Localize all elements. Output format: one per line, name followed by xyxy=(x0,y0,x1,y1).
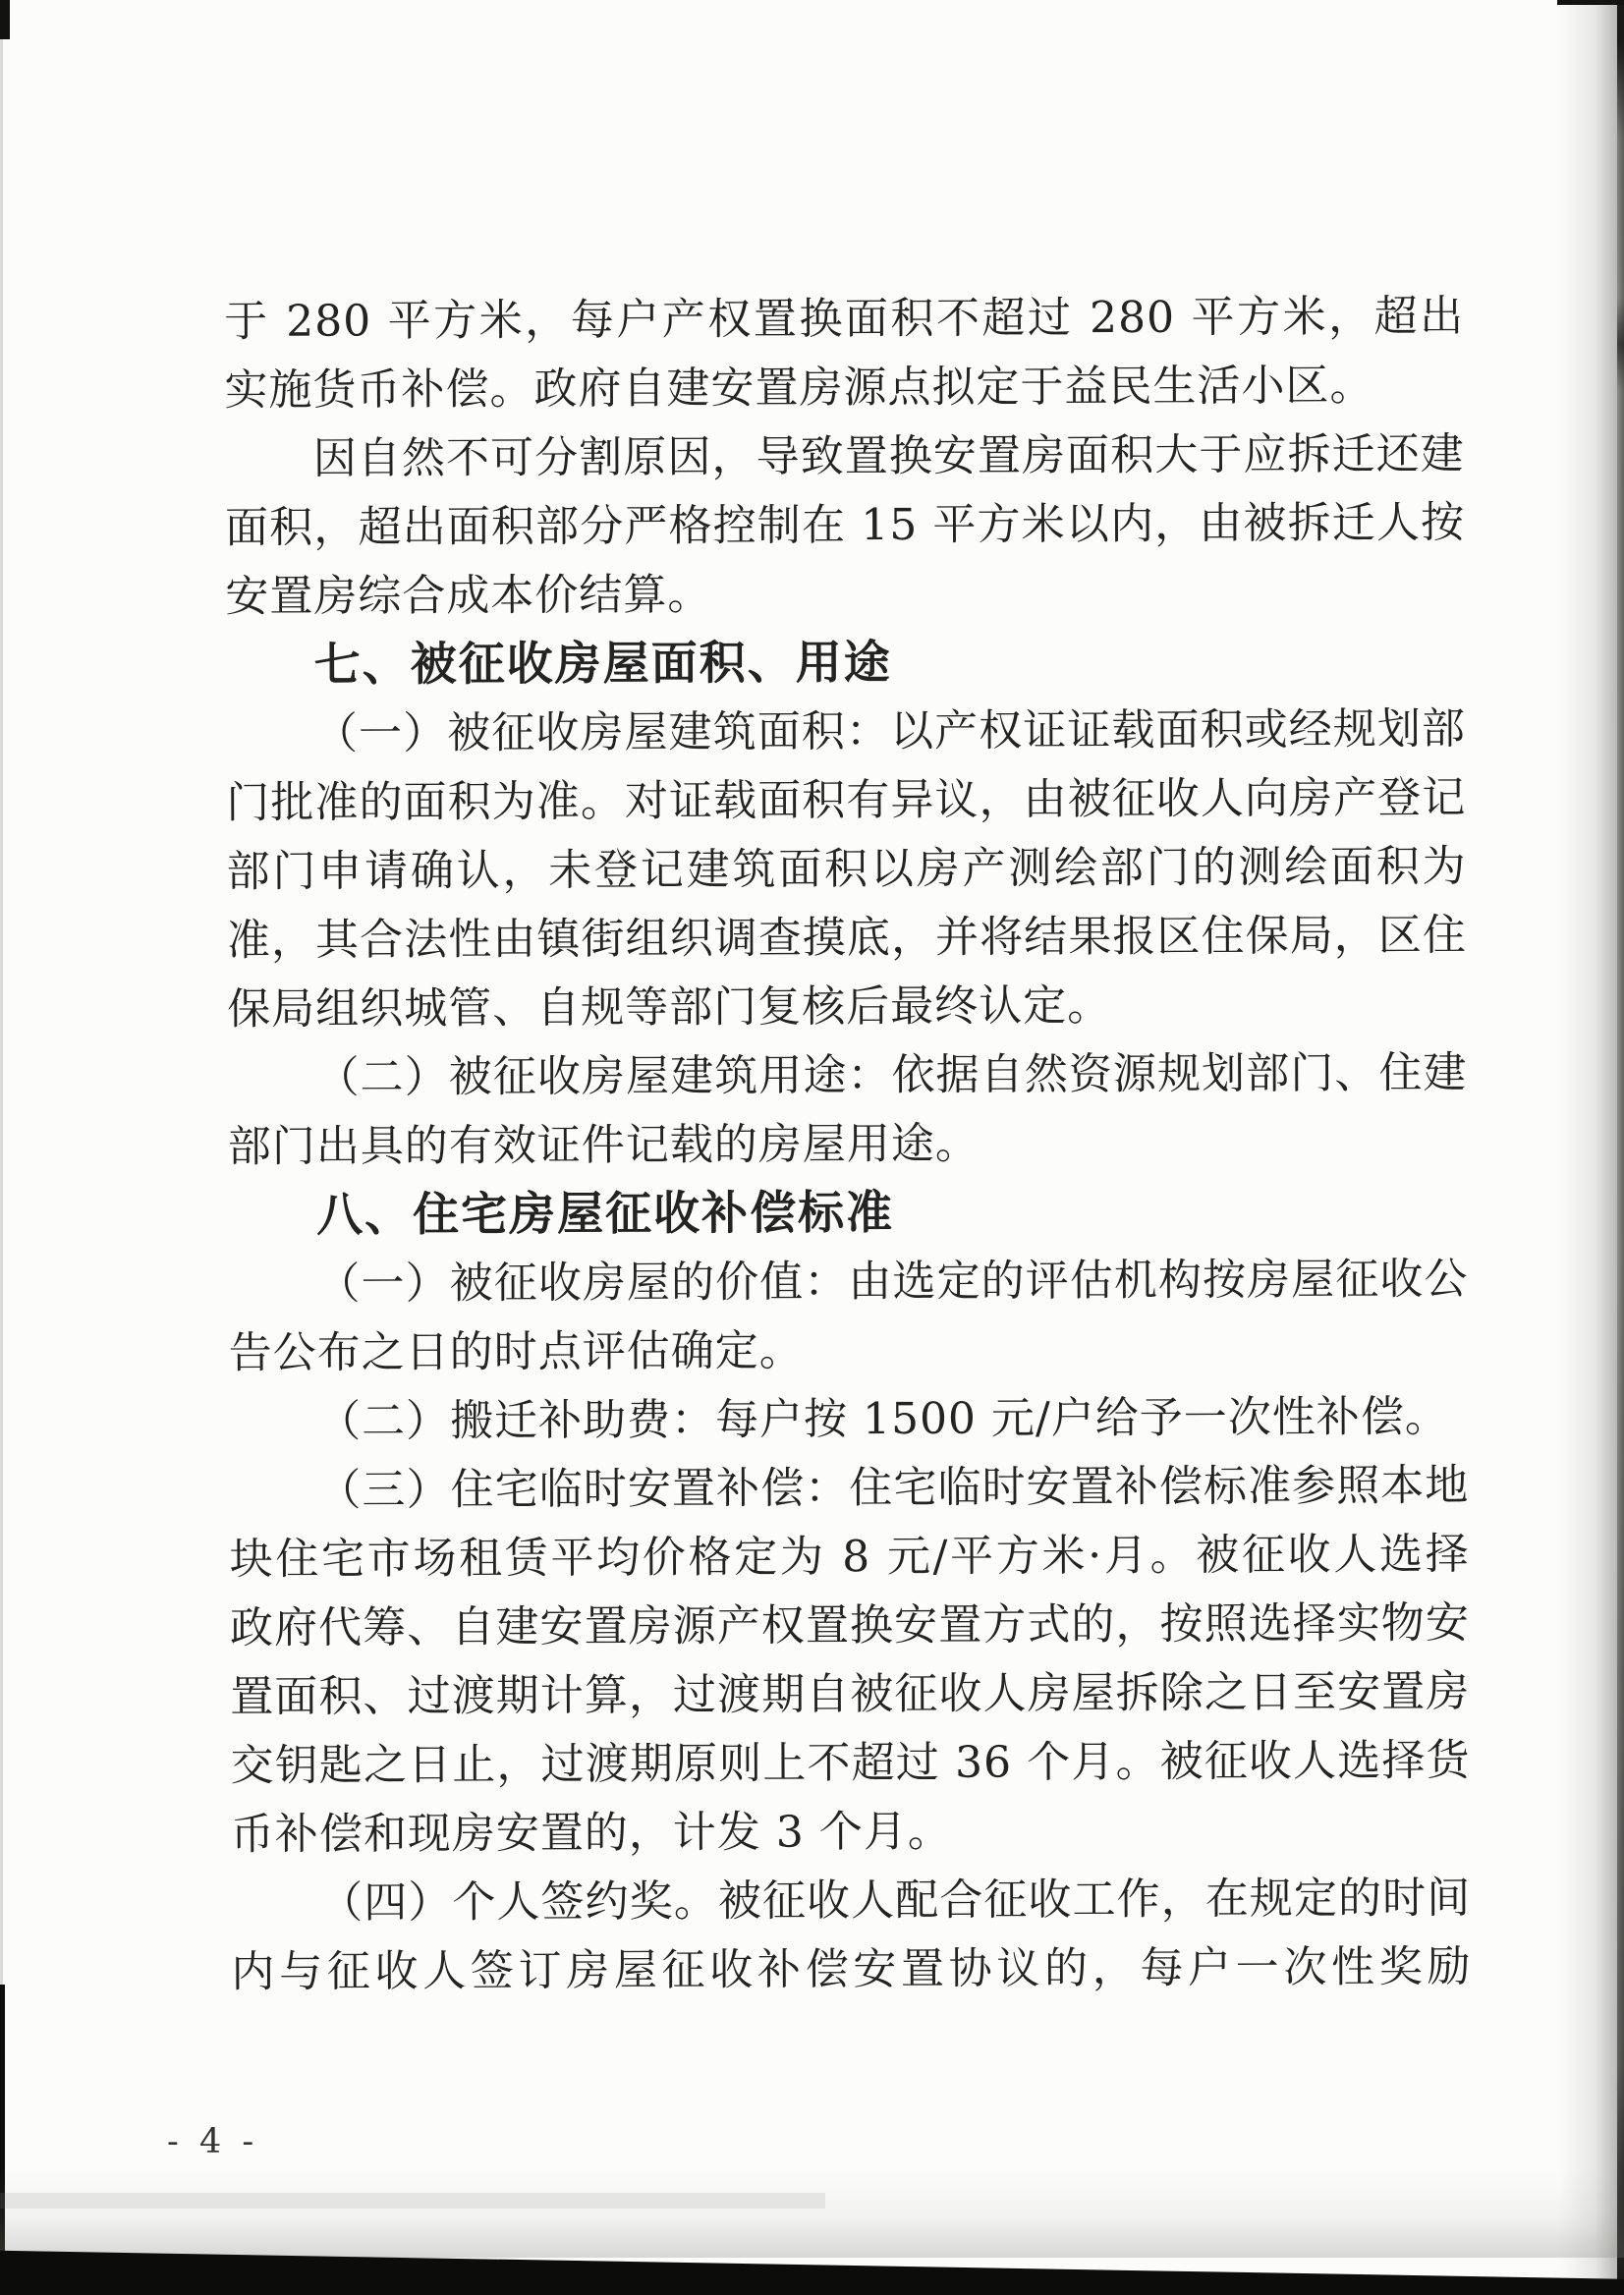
page-number: - 4 - xyxy=(167,2122,258,2161)
text-line: 安置房综合成本价结算。 xyxy=(225,557,1465,632)
scan-right-edge-line xyxy=(1617,0,1624,2295)
text-line: 实施货币补偿。政府自建安置房源点拟定于益民生活小区。 xyxy=(224,351,1464,425)
text-line: 置面积、过渡期计算，过渡期自被征收人房屋拆除之日至安置房 xyxy=(230,1657,1470,1732)
text-line: 面积，超出面积部分严格控制在 15 平方米以内，由被拆迁人按 xyxy=(225,488,1465,563)
text-line: 门批准的面积为准。对证载面积有异议，由被征收人向房产登记 xyxy=(226,763,1466,838)
text-line: 内与征收人签订房屋征收补偿安置协议的，每户一次性奖励 xyxy=(231,1932,1471,2007)
text-line: 保局组织城管、自规等部门复核后最终认定。 xyxy=(227,970,1467,1044)
text-line: （二）被征收房屋建筑用途：依据自然资源规划部门、住建 xyxy=(227,1038,1467,1113)
text-line: （一）被征收房屋建筑面积：以产权证证载面积或经规划部 xyxy=(226,695,1466,769)
text-line: （二）搬迁补助费：每户按 1500 元/户给予一次性补偿。 xyxy=(229,1382,1469,1457)
text-line: （一）被征收房屋的价值：由选定的评估机构按房屋征收公 xyxy=(228,1245,1468,1319)
text-line: 部门申请确认，未登记建筑面积以房产测绘部门的测绘面积为 xyxy=(226,832,1466,907)
text-line: （三）住宅临时安置补偿：住宅临时安置补偿标准参照本地 xyxy=(229,1451,1469,1526)
text-line: 块住宅市场租赁平均价格定为 8 元/平方米·月。被征收人选择 xyxy=(229,1520,1469,1595)
text-line: （四）个人签约奖。被征收人配合征收工作，在规定的时间 xyxy=(231,1864,1471,1938)
section-heading: 八、住宅房屋征收补偿标准 xyxy=(228,1176,1468,1251)
text-line: 部门出具的有效证件记载的房屋用途。 xyxy=(228,1107,1468,1182)
text-line: 币补偿和现房安置的，计发 3 个月。 xyxy=(231,1795,1471,1870)
scan-bottom-shadow xyxy=(0,2169,1624,2258)
section-heading: 七、被征收房屋面积、用途 xyxy=(226,626,1466,700)
text-line: 准，其合法性由镇街组织调查摸底，并将结果报区住保局，区住 xyxy=(227,901,1467,976)
document-body: 于 280 平方米，每户产权置换面积不超过 280 平方米，超出部分实施货币补偿… xyxy=(224,282,1472,2006)
scanned-document-page: 于 280 平方米，每户产权置换面积不超过 280 平方米，超出部分实施货币补偿… xyxy=(0,0,1624,2295)
scan-top-right-edge xyxy=(1557,0,1624,5)
text-line: 告公布之日的时点评估确定。 xyxy=(229,1314,1469,1388)
text-line: 交钥匙之日止，过渡期原则上不超过 36 个月。被征收人选择货 xyxy=(230,1726,1470,1801)
scan-left-edge-faint xyxy=(0,39,3,1985)
text-line: 政府代筹、自建安置房源产权置换安置方式的，按照选择实物安 xyxy=(230,1589,1470,1663)
scan-corner-top-left-mark xyxy=(0,0,10,39)
text-line: 于 280 平方米，每户产权置换面积不超过 280 平方米，超出部分 xyxy=(224,282,1464,357)
scan-right-edge-shadow xyxy=(1559,0,1624,2295)
text-line: 因自然不可分割原因，导致置换安置房面积大于应拆迁还建 xyxy=(225,420,1465,494)
